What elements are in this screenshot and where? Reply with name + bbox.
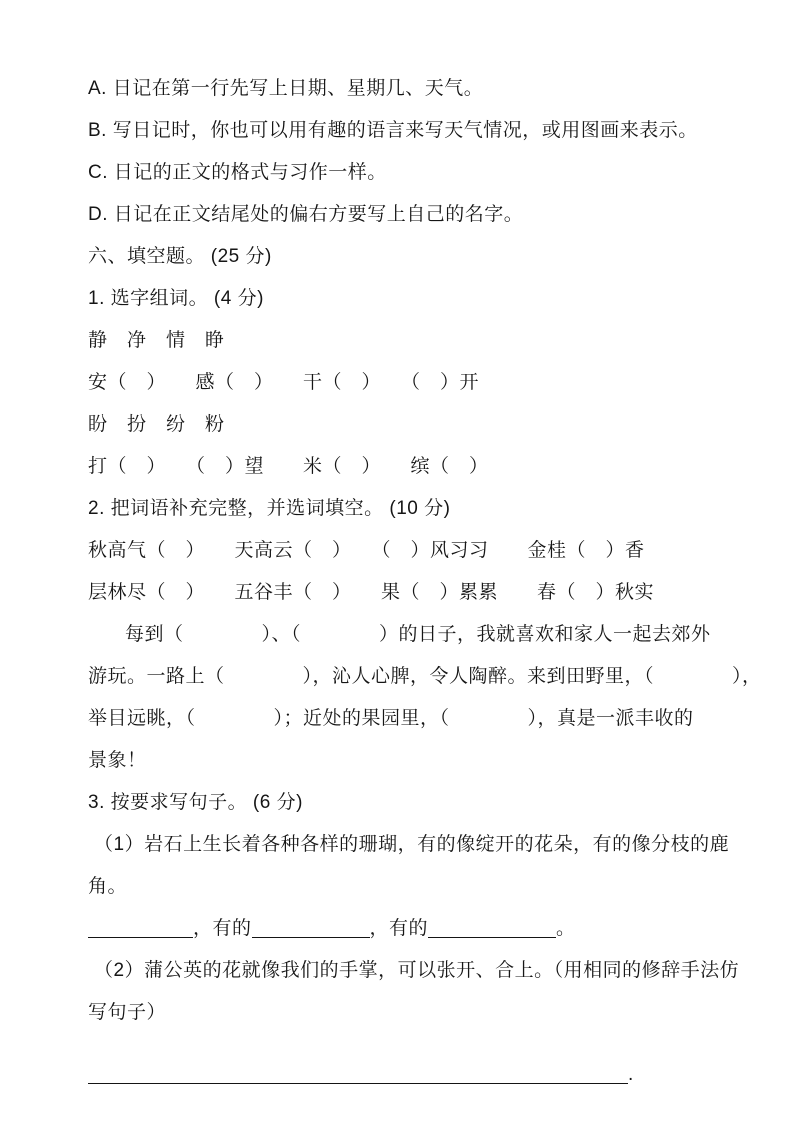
text-run: 层林尽（ ） 五谷丰（ ） 果（ ）累累 春（ ）秋实 [88, 582, 654, 603]
text-run: 1. 选字组词。 (4 分) [88, 288, 264, 309]
text-line: 3. 按要求写句子。 (6 分) [88, 782, 723, 824]
text-line: 角。 [88, 866, 723, 908]
text-run: 。 [556, 918, 576, 939]
text-line: 静 净 情 睁 [88, 320, 723, 362]
text-line: （1）岩石上生长着各种各样的珊瑚，有的像绽开的花朵，有的像分枝的鹿 [88, 824, 723, 866]
text-run: 景象！ [88, 750, 147, 771]
text-line: 举目远眺，（ ）；近处的果园里，（ ），真是一派丰收的 [88, 698, 723, 740]
text-run: ，有的 [193, 918, 252, 939]
text-run: 2. 把词语补充完整，并选词填空。 (10 分) [88, 498, 450, 519]
text-line: 盼 扮 纷 粉 [88, 404, 723, 446]
answer-blank[interactable] [88, 909, 193, 938]
text-run: 安（ ） 感（ ） 干（ ） （ ）开 [88, 372, 479, 393]
text-run: 秋高气（ ） 天高云（ ） （ ）风习习 金桂（ ）香 [88, 540, 645, 561]
text-run: 写句子） [88, 1002, 166, 1023]
text-run: C. 日记的正文的格式与习作一样。 [88, 162, 387, 183]
text-run: . [628, 1064, 634, 1085]
text-line: 每到（ ）、（ ）的日子，我就喜欢和家人一起去郊外 [88, 614, 723, 656]
text-run: B. 写日记时，你也可以用有趣的语言来写天气情况，或用图画来表示。 [88, 120, 698, 141]
text-run: 静 净 情 睁 [88, 330, 225, 351]
text-run: 举目远眺，（ ）；近处的果园里，（ ），真是一派丰收的 [88, 708, 694, 729]
text-line: 2. 把词语补充完整，并选词填空。 (10 分) [88, 488, 723, 530]
text-line: ，有的，有的。 [88, 908, 723, 950]
text-run: （2）蒲公英的花就像我们的手掌，可以张开、合上。（用相同的修辞手法仿 [94, 960, 739, 981]
text-line: 1. 选字组词。 (4 分) [88, 278, 723, 320]
text-run: 盼 扮 纷 粉 [88, 414, 225, 435]
text-run: 3. 按要求写句子。 (6 分) [88, 792, 303, 813]
text-line: 秋高气（ ） 天高云（ ） （ ）风习习 金桂（ ）香 [88, 530, 723, 572]
text-line: 六、填空题。 (25 分) [88, 236, 723, 278]
text-line: B. 写日记时，你也可以用有趣的语言来写天气情况，或用图画来表示。 [88, 110, 723, 152]
text-line: （2）蒲公英的花就像我们的手掌，可以张开、合上。（用相同的修辞手法仿 [88, 950, 723, 992]
text-run: 游玩。一路上（ ），沁人心脾，令人陶醉。来到田野里，（ ）， [88, 666, 762, 687]
text-run: 打（ ） （ ）望 米（ ） 缤（ ） [88, 456, 489, 477]
text-run: 角。 [88, 876, 127, 897]
document-page: A. 日记在第一行先写上日期、星期几、天气。B. 写日记时，你也可以用有趣的语言… [0, 0, 793, 1122]
text-run: D. 日记在正文结尾处的偏右方要写上自己的名字。 [88, 204, 523, 225]
answer-blank[interactable] [88, 1055, 628, 1084]
text-line: 打（ ） （ ）望 米（ ） 缤（ ） [88, 446, 723, 488]
text-run: （1）岩石上生长着各种各样的珊瑚，有的像绽开的花朵，有的像分枝的鹿 [94, 834, 729, 855]
text-line: 景象！ [88, 740, 723, 782]
text-line: D. 日记在正文结尾处的偏右方要写上自己的名字。 [88, 194, 723, 236]
text-run: A. 日记在第一行先写上日期、星期几、天气。 [88, 78, 483, 99]
text-run: ，有的 [370, 918, 429, 939]
text-line: C. 日记的正文的格式与习作一样。 [88, 152, 723, 194]
text-run: 六、填空题。 (25 分) [88, 246, 272, 267]
text-line: 写句子） [88, 992, 723, 1034]
text-line: A. 日记在第一行先写上日期、星期几、天气。 [88, 68, 723, 110]
text-line: 安（ ） 感（ ） 干（ ） （ ）开 [88, 362, 723, 404]
answer-blank[interactable] [252, 909, 370, 938]
answer-blank[interactable] [428, 909, 556, 938]
text-line: 层林尽（ ） 五谷丰（ ） 果（ ）累累 春（ ）秋实 [88, 572, 723, 614]
text-run: 每到（ ）、（ ）的日子，我就喜欢和家人一起去郊外 [125, 624, 711, 645]
text-line: 游玩。一路上（ ），沁人心脾，令人陶醉。来到田野里，（ ）， [88, 656, 723, 698]
text-line: . [88, 1054, 723, 1096]
document-body: A. 日记在第一行先写上日期、星期几、天气。B. 写日记时，你也可以用有趣的语言… [88, 68, 723, 1096]
